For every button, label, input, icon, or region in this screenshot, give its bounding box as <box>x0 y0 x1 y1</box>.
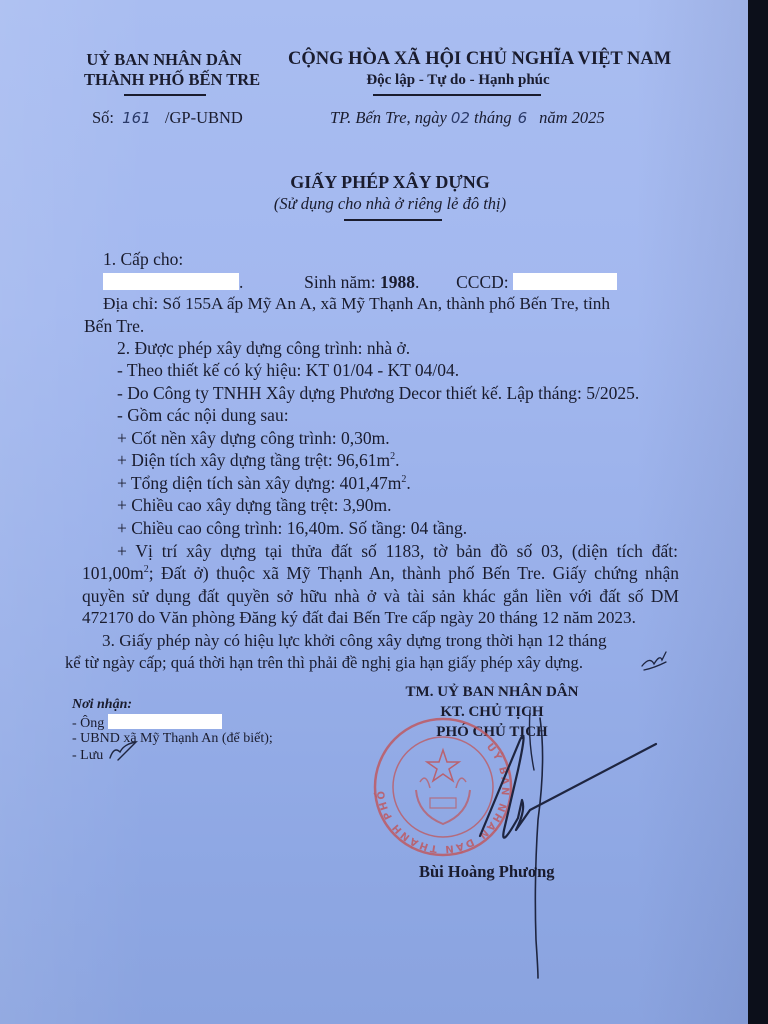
design-code: - Theo thiết kế có ký hiệu: KT 01/04 - K… <box>117 360 459 381</box>
validity-line-2: kể từ ngày cấp; quá thời hạn trên thì ph… <box>65 653 583 673</box>
redacted-name <box>103 273 239 290</box>
issue-date: TP. Bến Tre, ngày02tháng6năm 2025 <box>330 108 605 128</box>
ground-floor-area: + Diện tích xây dựng tầng trệt: 96,61m2. <box>117 450 399 471</box>
handwritten-number: 161 <box>122 109 151 127</box>
recipient-item-2: - UBND xã Mỹ Thạnh An (để biết); <box>72 731 273 747</box>
section-1-heading: 1. Cấp cho: <box>103 249 183 270</box>
location-line-1: + Vị trí xây dựng tại thửa đất số 1183, … <box>117 541 678 562</box>
section-2-heading: 2. Được phép xây dựng công trình: nhà ở. <box>117 338 410 359</box>
issuing-authority: UỶ BAN NHÂN DÂN THÀNH PHỐ BẾN TRE <box>84 50 244 90</box>
initial-mark-icon <box>640 646 670 672</box>
designer: - Do Công ty TNHH Xây dựng Phương Decor … <box>117 383 639 404</box>
motto-underline <box>373 94 541 96</box>
ground-floor-height: + Chiều cao xây dựng tầng trệt: 3,90m. <box>117 495 392 516</box>
document-title: GIẤY PHÉP XÂY DỰNG <box>180 172 600 193</box>
location-line-2: 101,00m2; Đất ở) thuộc xã Mỹ Thạnh An, t… <box>82 563 679 584</box>
total-floor-area: + Tổng diện tích sàn xây dựng: 401,47m2. <box>117 473 411 494</box>
authority-underline <box>124 94 206 96</box>
recipient-item-1: - Ông <box>72 714 222 732</box>
recipient-item-3: - Lưu <box>72 748 103 764</box>
national-motto: Độc lập - Tự do - Hạnh phúc <box>288 72 628 89</box>
signer-name: Bùi Hoàng Phương <box>419 862 555 882</box>
national-title: CỘNG HÒA XÃ HỘI CHỦ NGHĨA VIỆT NAM <box>288 48 628 70</box>
address-line-2: Bến Tre. <box>84 316 144 337</box>
redacted-id-number <box>513 273 617 290</box>
authority-line-2: THÀNH PHỐ BẾN TRE <box>84 70 244 90</box>
contents-heading: - Gồm các nội dung sau: <box>117 405 289 426</box>
address-line-1: Địa chỉ: Số 155A ấp Mỹ An A, xã Mỹ Thạnh… <box>103 294 610 314</box>
handwritten-month: 6 <box>518 109 528 127</box>
validity-line-1: 3. Giấy phép này có hiệu lực khởi công x… <box>102 631 607 651</box>
redacted-recipient <box>108 714 222 729</box>
recipient-row: . Sinh năm: 1988. CCCD: <box>103 272 617 293</box>
document-number: Số: 161 /GP-UBND <box>92 108 243 128</box>
authority-line-1: UỶ BAN NHÂN DÂN <box>84 50 244 70</box>
building-height: + Chiều cao công trình: 16,40m. Số tầng:… <box>117 518 467 539</box>
foundation-level: + Cốt nền xây dựng công trình: 0,30m. <box>117 428 390 449</box>
location-line-4: 472170 do Văn phòng Đăng ký đất đai Bến … <box>82 608 636 628</box>
recipients-heading: Nơi nhận: <box>72 697 132 713</box>
location-line-3: quyền sử dụng đất quyền sở hữu nhà ở và … <box>82 586 679 607</box>
handwritten-day: 02 <box>451 109 470 127</box>
initial-mark-icon <box>108 740 138 762</box>
document-subtitle: (Sử dụng cho nhà ở riêng lẻ đô thị) <box>180 194 600 214</box>
title-underline <box>344 219 442 221</box>
birth-year: 1988 <box>380 272 415 292</box>
